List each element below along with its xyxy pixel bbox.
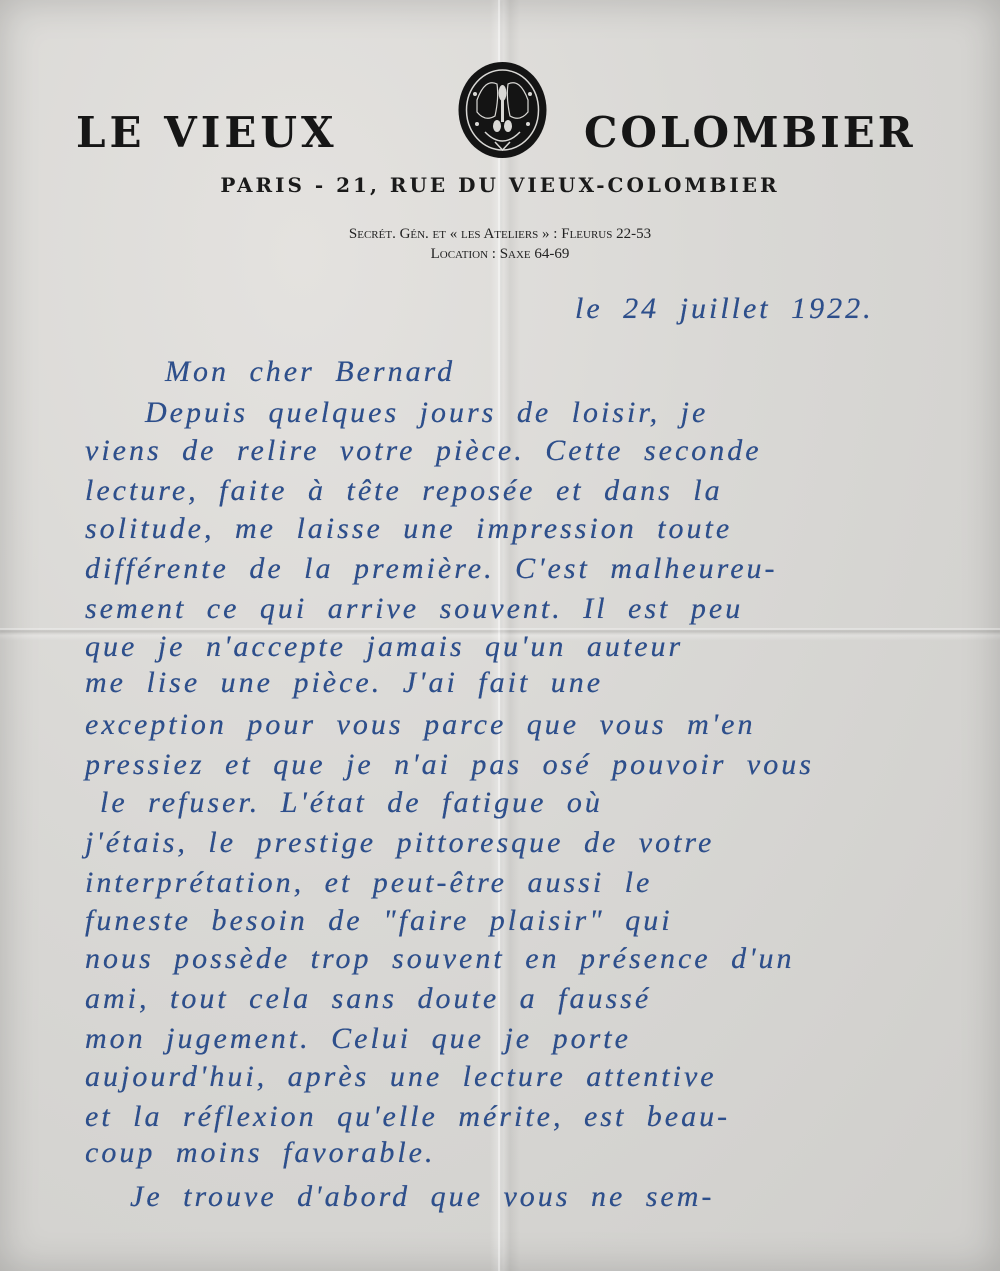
letter-line: que je n'accepte jamais qu'un auteur [85,630,683,664]
letter-line: exception pour vous parce que vous m'en [85,708,756,742]
letter-line: nous possède trop souvent en présence d'… [85,942,795,976]
letter-line: pressiez et que je n'ai pas osé pouvoir … [85,748,814,782]
letter-line: coup moins favorable. [85,1136,435,1170]
letter-line: le refuser. L'état de fatigue où [100,786,603,820]
letter-line: interprétation, et peut-être aussi le [85,866,652,900]
letter-line: ami, tout cela sans doute a faussé [85,982,651,1016]
letter-salutation: Mon cher Bernard [165,355,455,389]
letter-line: viens de relire votre pièce. Cette secon… [85,434,762,468]
letter-line: sement ce qui arrive souvent. Il est peu [85,592,743,626]
letterhead-name-right: COLOMBIER [584,108,916,157]
letter-line: différente de la première. C'est malheur… [85,552,778,586]
letterhead: LE VIEUX COLOMBIER PARIS - 21, RUE DU VI… [0,60,1000,270]
letter-line: solitude, me laisse une impression toute [85,512,732,546]
letter-line: lecture, faite à tête reposée et dans la [85,474,723,508]
letterhead-phones: Secrét. Gén. et « les Ateliers » : Fleur… [0,224,1000,264]
dove-emblem-icon [455,60,550,160]
letter-line: Depuis quelques jours de loisir, je [145,396,708,430]
letter-line: mon jugement. Celui que je porte [85,1022,631,1056]
letter-line: et la réflexion qu'elle mérite, est beau… [85,1100,730,1134]
letter-date: le 24 juillet 1922. [575,292,874,326]
letterhead-name-left: LE VIEUX [76,108,338,157]
letterhead-address: PARIS - 21, RUE DU VIEUX-COLOMBIER [0,173,1000,197]
letter-line: me lise une pièce. J'ai fait une [85,666,603,700]
phone-line-secretariat: Secrét. Gén. et « les Ateliers » : Fleur… [0,224,1000,244]
letter-sheet: LE VIEUX COLOMBIER PARIS - 21, RUE DU VI… [0,0,1000,1271]
phone-line-location: Location : Saxe 64-69 [0,244,1000,264]
letter-line: funeste besoin de "faire plaisir" qui [85,904,673,938]
letter-line: j'étais, le prestige pittoresque de votr… [85,826,714,860]
letter-line: Je trouve d'abord que vous ne sem- [130,1180,714,1214]
letter-line: aujourd'hui, après une lecture attentive [85,1060,717,1094]
